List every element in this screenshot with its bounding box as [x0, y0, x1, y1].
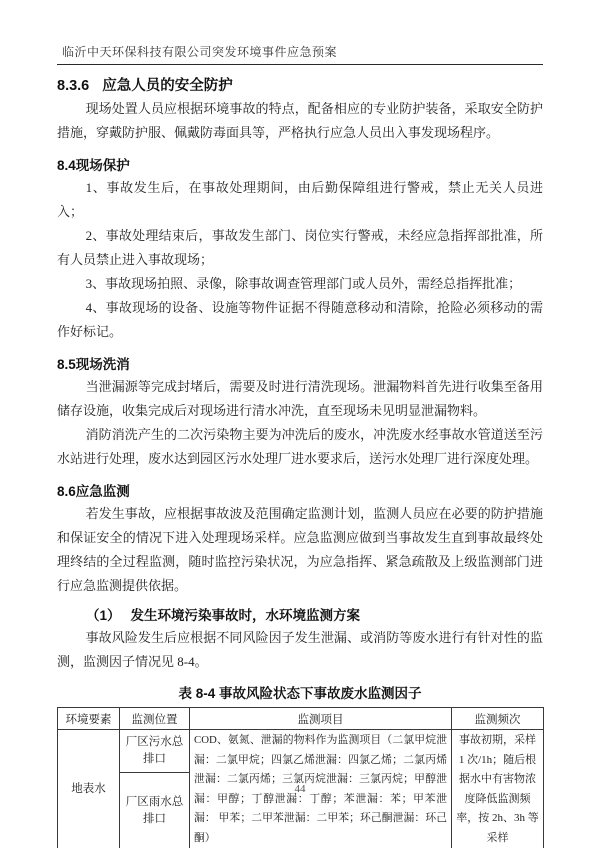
list-item-1: 1、事故发生后，在事故处理期间，由后勤保障组进行警戒，禁止无关人员进入；: [57, 176, 543, 224]
header-monitor-frequency: 监测频次: [452, 708, 544, 730]
section-heading-8-3-6: 8.3.6应急人员的安全防护: [57, 74, 543, 95]
page-header: 临沂中天环保科技有限公司突发环境事件应急预案: [57, 43, 543, 65]
section-heading-8-5: 8.5现场洗消: [57, 353, 543, 373]
sub-heading-title: 发生环境污染事故时，水环境监测方案: [131, 608, 361, 623]
table-title: 表 8-4 事故风险状态下事故废水监测因子: [57, 682, 543, 702]
table-row: 地表水 厂区污水总排口 COD、氨氮、泄漏的物料作为监测项目（二氯甲烷泄漏：二氯…: [58, 730, 544, 773]
list-item-3: 3、事故现场拍照、录像，除事故调查管理部门或人员外，需经总指挥批准；: [57, 272, 543, 296]
list-item-2: 2、事故处理结束后，事故发生部门、岗位实行警戒，未经应急指挥部批准，所有人员禁止…: [57, 224, 543, 272]
header-monitor-location: 监测位置: [120, 708, 190, 730]
paragraph-8-6: 若发生事故，应根据事故波及范围确定监测计划，监测人员应在必要的防护措施和保证安全…: [57, 502, 543, 598]
section-title: 应急人员的安全防护: [102, 78, 233, 94]
paragraph-sub: 事故风险发生后应根据不同风险因子发生泄漏、或消防等废水进行有针对性的监测，监测因…: [57, 626, 543, 674]
sub-heading-water-monitoring: （1）发生环境污染事故时，水环境监测方案: [57, 604, 543, 624]
sub-heading-number: （1）: [86, 608, 121, 623]
header-title: 临沂中天环保科技有限公司突发环境事件应急预案: [62, 45, 337, 59]
section-heading-8-4: 8.4现场保护: [57, 154, 543, 174]
list-item-4: 4、事故现场的设备、设施等物件证据不得随意移动和清除，抢险必须移动的需作好标记。: [57, 296, 543, 344]
table-header-row: 环境要素 监测位置 监测项目 监测频次: [58, 708, 544, 730]
header-monitor-items: 监测项目: [190, 708, 452, 730]
paragraph-8-5-1: 当泄漏源等完成封堵后，需要及时进行清洗现场。泄漏物料首先进行收集至备用储存设施，…: [57, 375, 543, 423]
paragraph-8-3-6: 现场处置人员应根据环境事故的特点，配备相应的专业防护装备，采取安全防护措施，穿戴…: [57, 97, 543, 145]
monitoring-factors-table: 环境要素 监测位置 监测项目 监测频次 地表水 厂区污水总排口 COD、氨氮、泄…: [57, 707, 544, 848]
paragraph-8-5-2: 消防消洗产生的二次污染物主要为冲洗后的废水，冲洗废水经事故水管道送至污水站进行处…: [57, 423, 543, 471]
section-heading-8-6: 8.6应急监测: [57, 480, 543, 500]
cell-location-sewage-outlet: 厂区污水总排口: [120, 730, 190, 773]
header-env-element: 环境要素: [58, 708, 120, 730]
page-number: 44: [0, 783, 600, 795]
document-page: 临沂中天环保科技有限公司突发环境事件应急预案 8.3.6应急人员的安全防护 现场…: [0, 0, 600, 848]
section-number: 8.3.6: [57, 78, 89, 94]
